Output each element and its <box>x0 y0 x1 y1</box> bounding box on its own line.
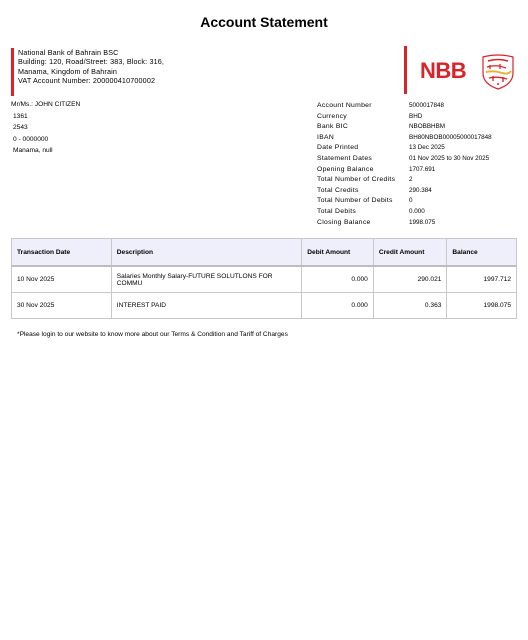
summary-label: Total Debits <box>317 207 409 218</box>
summary-row: Opening Balance1707.691 <box>317 165 492 176</box>
summary-label: Total Number of Credits <box>317 175 409 186</box>
terms-note: *Please login to our website to know mor… <box>17 331 288 338</box>
column-header-balance: Balance <box>447 239 517 267</box>
credit-amount: 290.021 <box>373 266 447 293</box>
column-header-description: Description <box>111 239 302 267</box>
summary-row: Date Printed13 Dec 2025 <box>317 143 492 154</box>
summary-label: IBAN <box>317 133 409 144</box>
bank-address-line-1: Building: 120, Road/Street: 383, Block: … <box>18 57 164 66</box>
debit-amount: 0.000 <box>302 293 374 319</box>
summary-value: 5000017848 <box>409 101 444 112</box>
summary-row: Total Number of Credits2 <box>317 175 492 186</box>
summary-row: Bank BICNBOBBHBM <box>317 122 492 133</box>
customer-details: Mr/Ms.: JOHN CITIZEN 1361 2543 0 - 00000… <box>11 99 80 157</box>
account-summary: Account Number5000017848 CurrencyBHD Ban… <box>317 101 492 228</box>
summary-value: 13 Dec 2025 <box>409 143 445 154</box>
balance: 1997.712 <box>447 266 517 293</box>
vat-account-number: VAT Account Number: 200000410700002 <box>18 76 164 85</box>
summary-label: Bank BIC <box>317 122 409 133</box>
summary-row: Total Credits290.384 <box>317 186 492 197</box>
column-header-debit-amount: Debit Amount <box>302 239 374 267</box>
summary-row: Total Debits0.000 <box>317 207 492 218</box>
column-header-credit-amount: Credit Amount <box>373 239 447 267</box>
summary-label: Total Credits <box>317 186 409 197</box>
summary-value: BHD <box>409 112 422 123</box>
table-row: 10 Nov 2025 Salaries Monthly Salary-FUTU… <box>12 266 517 293</box>
summary-label: Total Number of Debits <box>317 196 409 207</box>
summary-value: NBOBBHBM <box>409 122 445 133</box>
summary-label: Statement Dates <box>317 154 409 165</box>
bank-name: National Bank of Bahrain BSC <box>18 48 164 57</box>
summary-label: Account Number <box>317 101 409 112</box>
bank-address-block: National Bank of Bahrain BSC Building: 1… <box>11 48 164 96</box>
summary-value: 290.384 <box>409 186 432 197</box>
summary-value: 0 <box>409 196 413 207</box>
credit-amount: 0.363 <box>373 293 447 319</box>
summary-row: Total Number of Debits0 <box>317 196 492 207</box>
transactions-table: Transaction Date Description Debit Amoun… <box>11 238 517 319</box>
transaction-description: Salaries Monthly Salary-FUTURE SOLUTLONS… <box>111 266 302 293</box>
transaction-date: 10 Nov 2025 <box>12 266 112 293</box>
bank-address-line-2: Manama, Kingdom of Bahrain <box>18 67 164 76</box>
summary-value: BH80NBOB00005000017848 <box>409 133 492 144</box>
customer-address-line: 2543 <box>11 122 80 134</box>
summary-value: 0.000 <box>409 207 425 218</box>
customer-name: Mr/Ms.: JOHN CITIZEN <box>11 99 80 111</box>
table-row: 30 Nov 2025 INTEREST PAID 0.000 0.363 19… <box>12 293 517 319</box>
summary-value: 2 <box>409 175 413 186</box>
nbb-arabic-shield-icon <box>478 51 518 91</box>
summary-row: IBANBH80NBOB00005000017848 <box>317 133 492 144</box>
customer-address-line: 1361 <box>11 111 80 123</box>
table-header-row: Transaction Date Description Debit Amoun… <box>12 239 517 267</box>
summary-row: Statement Dates01 Nov 2025 to 30 Nov 202… <box>317 154 492 165</box>
transaction-description: INTEREST PAID <box>111 293 302 319</box>
summary-row: Account Number5000017848 <box>317 101 492 112</box>
debit-amount: 0.000 <box>302 266 374 293</box>
bank-logo: NBB <box>404 46 522 94</box>
summary-label: Closing Balance <box>317 218 409 229</box>
summary-value: 01 Nov 2025 to 30 Nov 2025 <box>409 154 489 165</box>
balance: 1998.075 <box>447 293 517 319</box>
customer-address-line: 0 - 0000000 <box>11 134 80 146</box>
transaction-date: 30 Nov 2025 <box>12 293 112 319</box>
summary-label: Date Printed <box>317 143 409 154</box>
column-header-transaction-date: Transaction Date <box>12 239 112 267</box>
summary-label: Opening Balance <box>317 165 409 176</box>
summary-value: 1998.075 <box>409 218 435 229</box>
summary-label: Currency <box>317 112 409 123</box>
customer-address-line: Manama, null <box>11 145 80 157</box>
summary-row: CurrencyBHD <box>317 112 492 123</box>
summary-value: 1707.691 <box>409 165 435 176</box>
summary-row: Closing Balance1998.075 <box>317 218 492 229</box>
logo-text: NBB <box>420 58 466 84</box>
page-title: Account Statement <box>0 14 528 30</box>
